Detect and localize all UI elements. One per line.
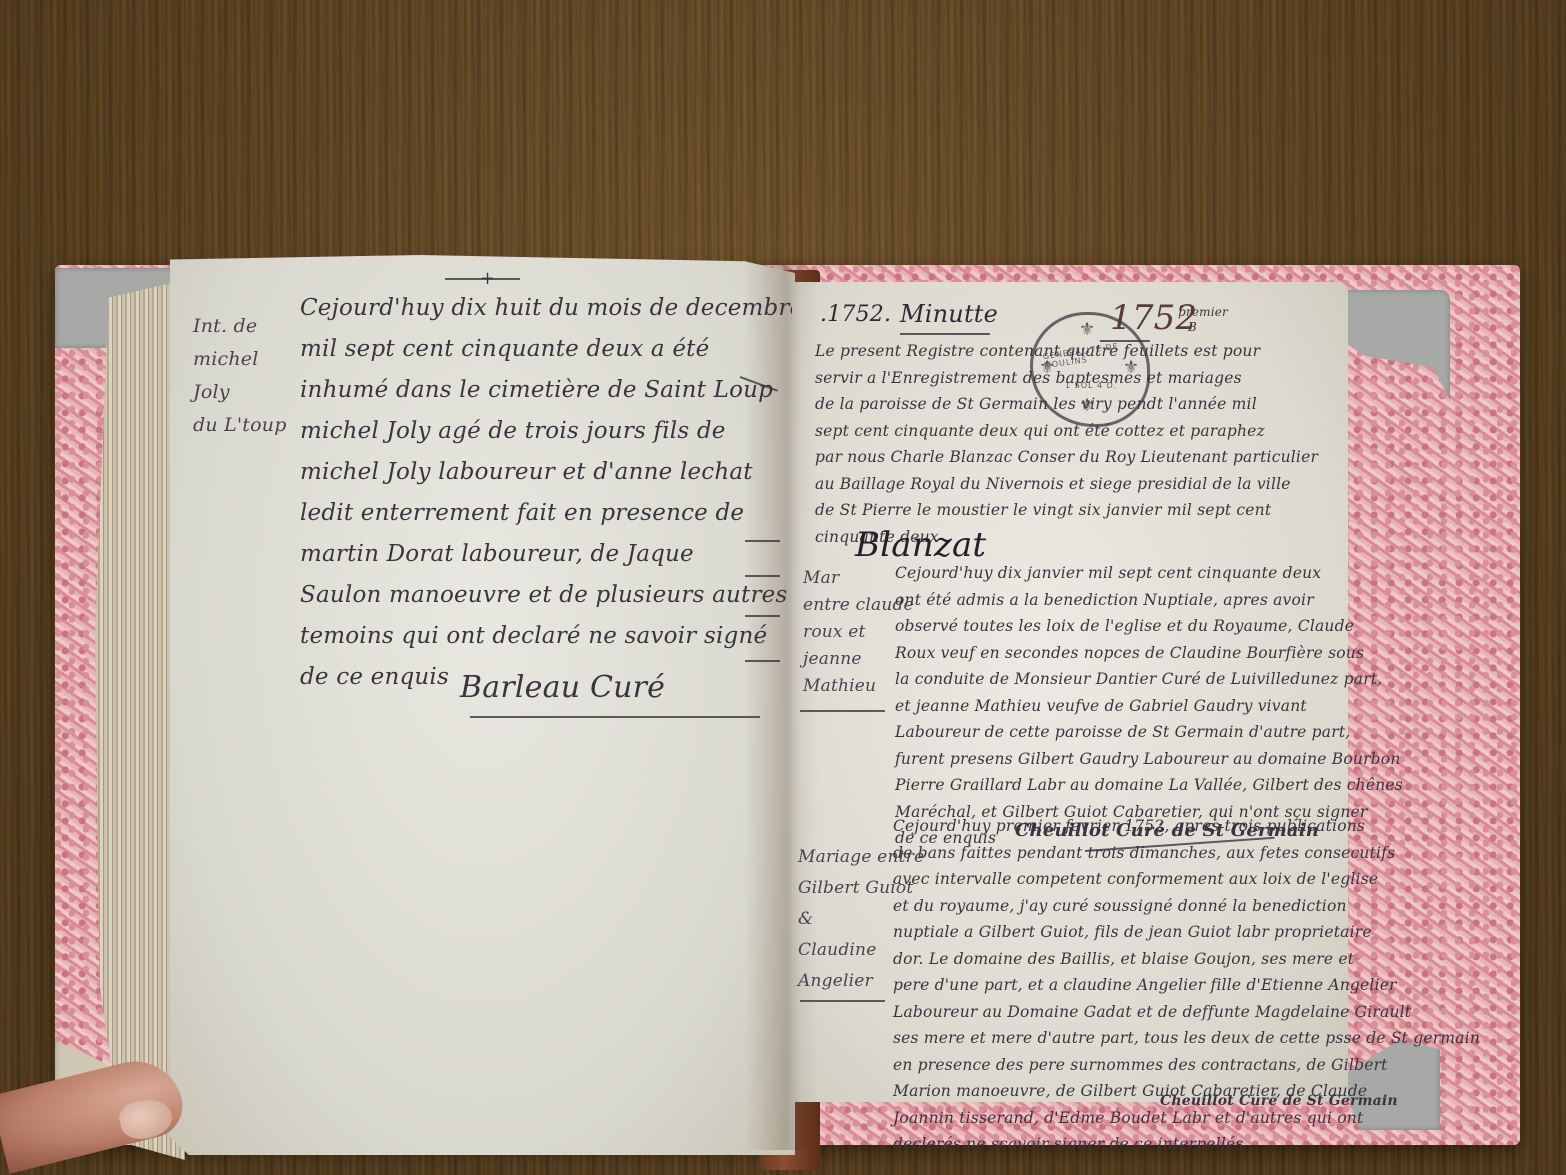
entry-line: mil sept cent cinquante deux a été xyxy=(300,329,803,370)
preamble-signature: Blanzat xyxy=(855,525,986,565)
entry-line: et du royaume, j'ay curé soussigné donné… xyxy=(893,893,1480,920)
preamble-line: servir a l'Enregistrement des baptesmes … xyxy=(815,365,1318,392)
left-margin-note: Int. de michel Joly du L'toup xyxy=(193,310,287,442)
entry-line: Laboureur au Domaine Gadat et de deffunt… xyxy=(893,999,1480,1026)
cross-underline xyxy=(445,278,520,280)
entry-line: Saulon manoeuvre et de plusieurs autres xyxy=(300,575,803,616)
margin-note-line: michel xyxy=(193,343,287,376)
margin-rule xyxy=(800,1000,885,1002)
entry-line: martin Dorat laboureur, de Jaque xyxy=(300,534,803,575)
entry-line: et jeanne Mathieu veufve de Gabriel Gaud… xyxy=(895,693,1403,720)
preamble-line: Le present Registre contenant quatre feu… xyxy=(815,338,1318,365)
burial-entry: Cejourd'huy dix huit du mois de decembre… xyxy=(300,288,803,698)
entry-line: la conduite de Monsieur Dantier Curé de … xyxy=(895,666,1403,693)
entry-line: michel Joly agé de trois jours fils de xyxy=(300,411,803,452)
signature-rule xyxy=(470,716,760,718)
margin-rule xyxy=(800,710,885,712)
entry-line: inhumé dans le cimetière de Saint Loup xyxy=(300,370,803,411)
fleur-de-lis-icon: ⚜ xyxy=(1079,319,1095,340)
entry-line: en presence des pere surnommes des contr… xyxy=(893,1052,1480,1079)
preamble-line: sept cent cinquante deux qui ont été cot… xyxy=(815,418,1318,445)
register-preamble: Le present Registre contenant quatre feu… xyxy=(815,338,1318,550)
preamble-line: de la paroisse de St Germain les viry pe… xyxy=(815,391,1318,418)
entry-line: Cejourd'huy dix janvier mil sept cent ci… xyxy=(895,560,1403,587)
entry-line: Pierre Graillard Labr au domaine La Vall… xyxy=(895,772,1403,799)
curé-signature: Cheuillot Curé de St Germain xyxy=(1160,1090,1398,1109)
entry-line: Cejourd'huy dix huit du mois de decembre xyxy=(300,288,803,329)
preamble-line: de St Pierre le moustier le vingt six ja… xyxy=(815,497,1318,524)
line-filler xyxy=(745,575,780,577)
entry-line: de bans faittes pendant trois dimanches,… xyxy=(893,840,1480,867)
line-filler xyxy=(745,660,780,662)
entry-line: dor. Le domaine des Baillis, et blaise G… xyxy=(893,946,1480,973)
entry-line: nuptiale a Gilbert Guiot, fils de jean G… xyxy=(893,919,1480,946)
signature-text: Cheuillot Curé de St Germain xyxy=(1160,1093,1398,1109)
folio-note: premier xyxy=(1178,305,1228,319)
margin-note-line: du L'toup xyxy=(193,409,287,442)
preamble-line: au Baillage Royal du Nivernois et siege … xyxy=(815,471,1318,498)
entry-line: michel Joly laboureur et d'anne lechat xyxy=(300,452,803,493)
entry-line: Roux veuf en secondes nopces de Claudine… xyxy=(895,640,1403,667)
entry-line: ont été admis a la benediction Nuptiale,… xyxy=(895,587,1403,614)
entry-line: Laboureur de cette paroisse de St Germai… xyxy=(895,719,1403,746)
left-signature: Barleau Curé xyxy=(460,670,665,705)
entry-line: temoins qui ont declaré ne savoir signé xyxy=(300,616,803,657)
entry-line: declerés ne sçavoir signer de ce interpe… xyxy=(893,1131,1480,1158)
line-filler xyxy=(745,540,780,542)
header-title: Minutte xyxy=(900,300,998,328)
title-underline xyxy=(900,333,990,335)
entry-line: ledit enterrement fait en presence de xyxy=(300,493,803,534)
entry-line: observé toutes les loix de l'eglise et d… xyxy=(895,613,1403,640)
marriage-entry-roux-mathieu: Cejourd'huy dix janvier mil sept cent ci… xyxy=(895,560,1403,852)
entry-line: Cejourd'huy premier fevrier 1752, apres … xyxy=(893,813,1480,840)
header-year-left: .1752. xyxy=(820,302,891,327)
entry-line: furent presens Gilbert Gaudry Laboureur … xyxy=(895,746,1403,773)
preamble-line: par nous Charle Blanzac Conser du Roy Li… xyxy=(815,444,1318,471)
entry-line: ses mere et mere d'autre part, tous les … xyxy=(893,1025,1480,1052)
entry-line: pere d'une part, et a claudine Angelier … xyxy=(893,972,1480,999)
margin-note-line: Int. de xyxy=(193,310,287,343)
line-filler xyxy=(745,615,780,617)
entry-line: avec intervalle competent conformement a… xyxy=(893,866,1480,893)
folio-letter: B xyxy=(1188,320,1197,334)
margin-note-line: Joly xyxy=(193,376,287,409)
